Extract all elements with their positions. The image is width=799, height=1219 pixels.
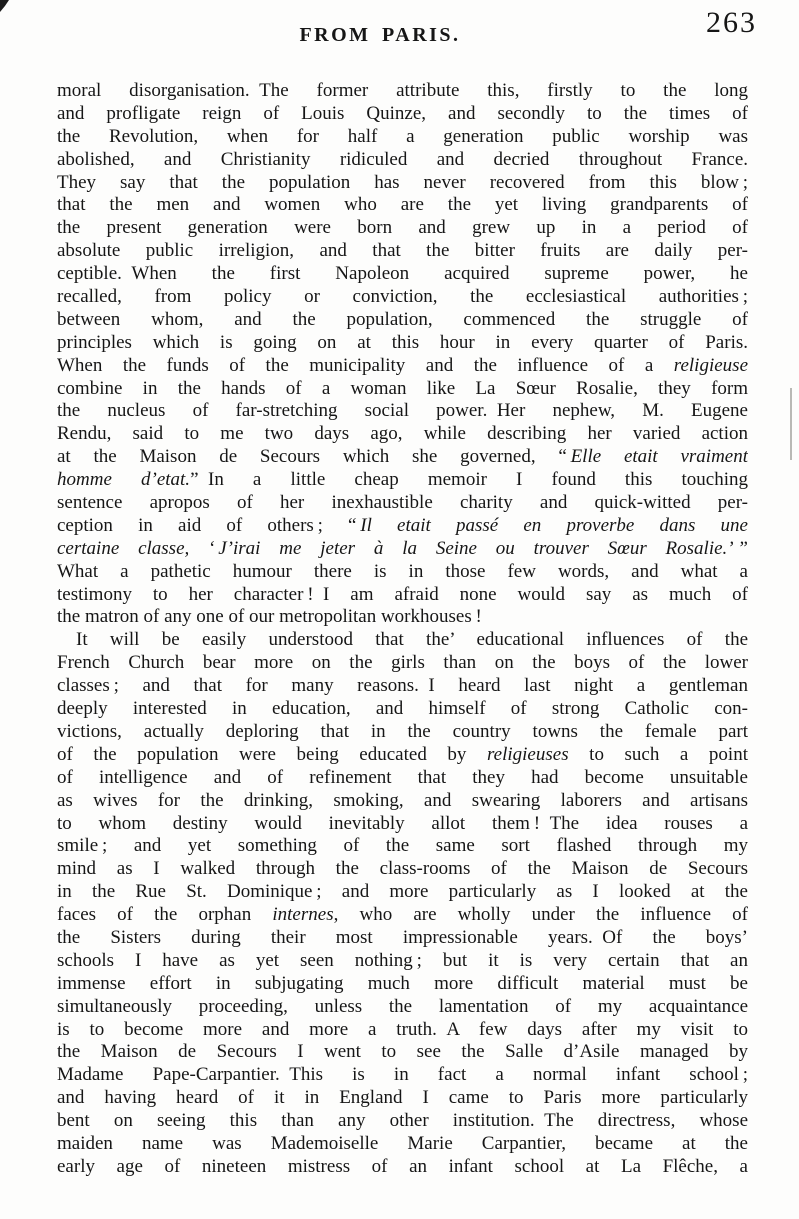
- scan-artifact-line: [790, 388, 792, 460]
- text-line: certaine classe, ‘ J’irai me jeter à la …: [57, 538, 748, 561]
- running-head-title: FROM PARIS.: [120, 24, 640, 47]
- text-line: of intelligence and of refinement that t…: [57, 767, 748, 790]
- text-line: the Maison de Secours I went to see the …: [57, 1041, 748, 1064]
- text-line: simultaneously proceeding, unless the la…: [57, 996, 748, 1019]
- text-line: ceptible. When the first Napoleon acquir…: [57, 263, 748, 286]
- text-line: When the funds of the municipality and t…: [57, 355, 748, 378]
- text-line: victions, actually deploring that in the…: [57, 721, 748, 744]
- text-line: French Church bear more on the girls tha…: [57, 652, 748, 675]
- text-line: homme d’etat.” In a little cheap memoir …: [57, 469, 748, 492]
- paragraph: It will be easily understood that the’ e…: [57, 629, 748, 1178]
- page-number: 263: [706, 6, 757, 40]
- scanned-page: FROM PARIS. 263 moral disorganisation. T…: [0, 0, 799, 1219]
- text-line: mind as I walked through the class-rooms…: [57, 858, 748, 881]
- text-line: It will be easily understood that the’ e…: [57, 629, 748, 652]
- text-line: moral disorganisation. The former attrib…: [57, 80, 748, 103]
- text-line: absolute public irreligion, and that the…: [57, 240, 748, 263]
- text-line: early age of nineteen mistress of an inf…: [57, 1156, 748, 1179]
- text-line: Madame Pape-Carpantier. This is in fact …: [57, 1064, 748, 1087]
- text-line: the Revolution, when for half a generati…: [57, 126, 748, 149]
- text-line: They say that the population has never r…: [57, 172, 748, 195]
- text-line: immense effort in subjugating much more …: [57, 973, 748, 996]
- text-line: as wives for the drinking, smoking, and …: [57, 790, 748, 813]
- text-line: to whom destiny would inevitably allot t…: [57, 813, 748, 836]
- text-line: deeply interested in education, and hims…: [57, 698, 748, 721]
- text-line: ception in aid of others ; “ Il etait pa…: [57, 515, 748, 538]
- text-line: recalled, from policy or conviction, the…: [57, 286, 748, 309]
- page-body: moral disorganisation. The former attrib…: [57, 80, 748, 1179]
- text-line: the present generation were born and gre…: [57, 217, 748, 240]
- text-line: at the Maison de Secours which she gover…: [57, 446, 748, 469]
- text-line: testimony to her character ! I am afraid…: [57, 584, 748, 607]
- text-line: the matron of any one of our metropolita…: [57, 606, 748, 629]
- text-line: of the population were being educated by…: [57, 744, 748, 767]
- text-line: the Sisters during their most impression…: [57, 927, 748, 950]
- text-line: is to become more and more a truth. A fe…: [57, 1019, 748, 1042]
- text-line: and profligate reign of Louis Quinze, an…: [57, 103, 748, 126]
- text-line: Rendu, said to me two days ago, while de…: [57, 423, 748, 446]
- text-line: in the Rue St. Dominique ; and more part…: [57, 881, 748, 904]
- text-line: bent on seeing this than any other insti…: [57, 1110, 748, 1133]
- text-line: smile ; and yet something of the same so…: [57, 835, 748, 858]
- text-line: the nucleus of far-stretching social pow…: [57, 400, 748, 423]
- text-line: sentence apropos of her inexhaustible ch…: [57, 492, 748, 515]
- text-line: that the men and women who are the yet l…: [57, 194, 748, 217]
- scan-artifact: [0, 0, 9, 12]
- text-line: classes ; and that for many reasons. I h…: [57, 675, 748, 698]
- text-line: between whom, and the population, commen…: [57, 309, 748, 332]
- text-line: and having heard of it in England I came…: [57, 1087, 748, 1110]
- text-line: maiden name was Mademoiselle Marie Carpa…: [57, 1133, 748, 1156]
- text-line: What a pathetic humour there is in those…: [57, 561, 748, 584]
- text-line: faces of the orphan internes, who are wh…: [57, 904, 748, 927]
- text-line: abolished, and Christianity ridiculed an…: [57, 149, 748, 172]
- text-line: combine in the hands of a woman like La …: [57, 378, 748, 401]
- text-line: schools I have as yet seen nothing ; but…: [57, 950, 748, 973]
- paragraph: moral disorganisation. The former attrib…: [57, 80, 748, 629]
- text-line: principles which is going on at this hou…: [57, 332, 748, 355]
